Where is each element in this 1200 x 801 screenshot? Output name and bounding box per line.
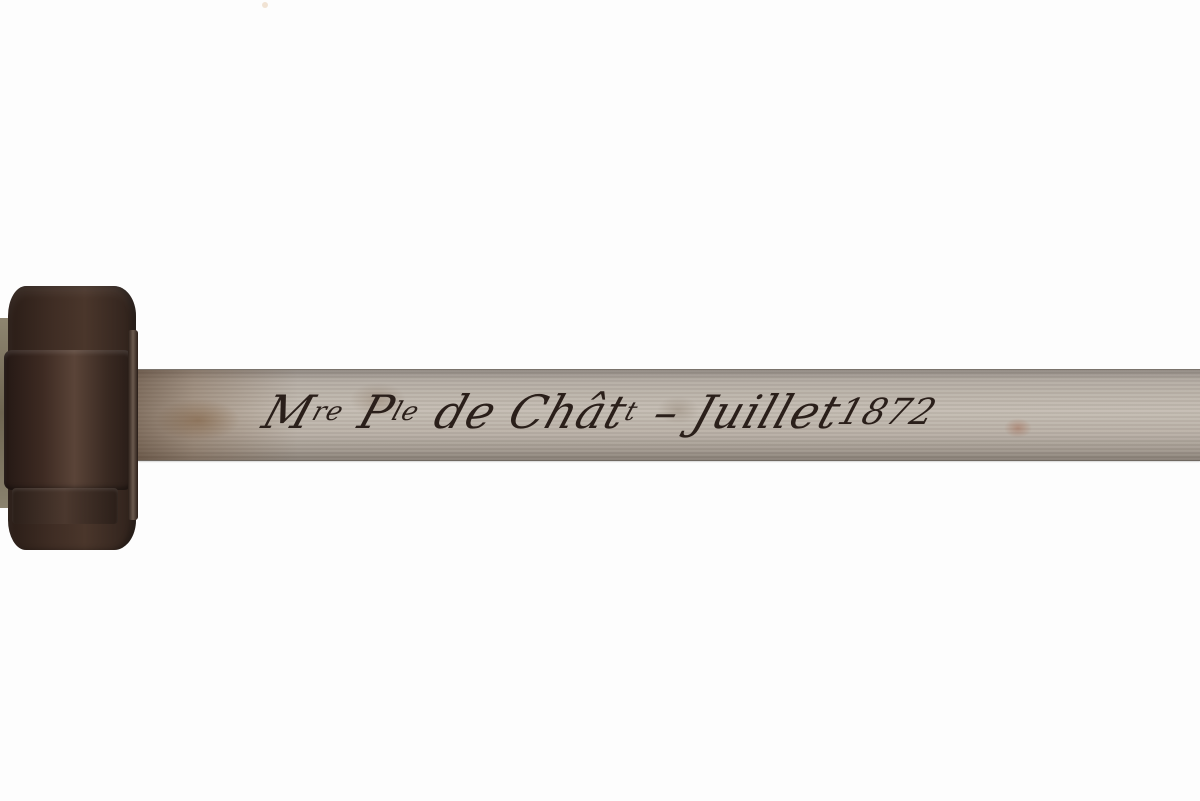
crossguard-band [4,350,132,490]
photograph: Mre Ple de Châtt – Juillet 1872 [0,0,1200,801]
dust-speck [262,2,268,8]
inscription-year: 1872 [833,392,942,433]
inscription-word: – Juillet [646,385,848,439]
blade-inscription: Mre Ple de Châtt – Juillet 1872 [252,372,1158,452]
inscription-word: de Chât [428,385,635,439]
crossguard-lug [12,488,118,524]
crossguard-edge [128,330,138,520]
